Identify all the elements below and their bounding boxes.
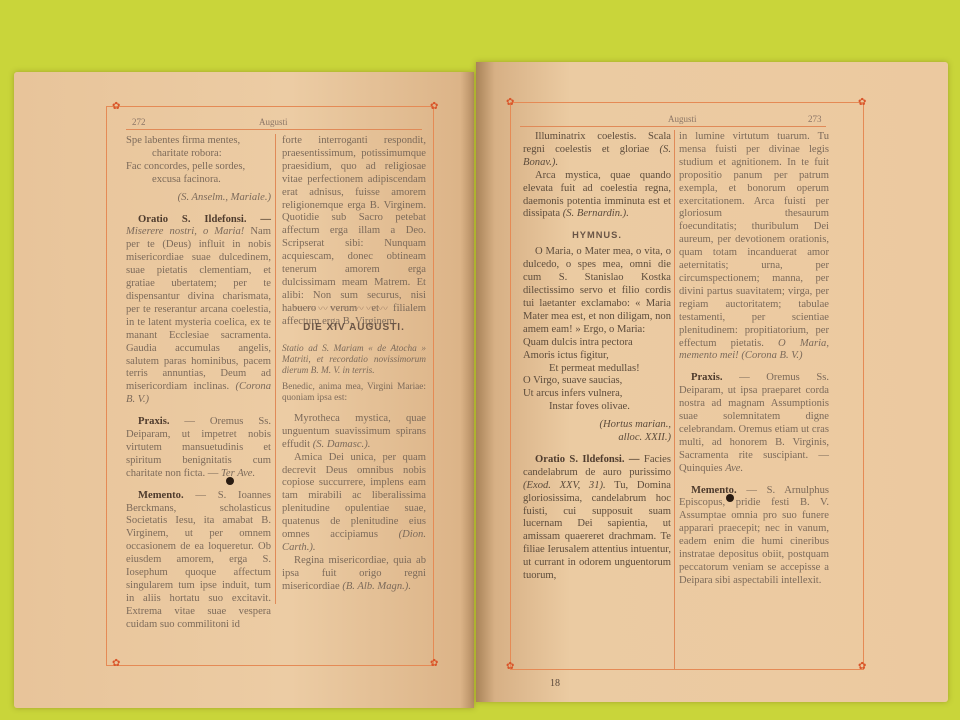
invocation-body: Illuminatrix coelestis. Scala regni coel… <box>523 131 671 155</box>
antiphon: Benedic, anima mea, Virgini Mariae: quon… <box>282 382 426 404</box>
right-page: ✿ ✿ ✿ ✿ Augusti 273 Illuminatrix coelest… <box>476 62 948 702</box>
head-rule <box>126 129 422 130</box>
corner-ornament-icon: ✿ <box>506 662 514 672</box>
praxis-body: — Oremus Ss. Deiparam, ut ipsa praeparet… <box>679 372 829 473</box>
ink-spot <box>226 477 234 485</box>
hymn-verse: charitate robora: <box>126 148 271 161</box>
column-rule <box>674 130 675 670</box>
left-page-column-2-lower: DIE XIV AUGUSTI. Statio ad S. Mariam « d… <box>282 322 426 594</box>
praxis-end: Ave. <box>725 463 743 474</box>
invocation-body: Amica Dei unica, per quam decrevit Deus … <box>282 452 426 540</box>
corner-ornament-icon: ✿ <box>112 659 120 669</box>
column-rule <box>275 134 276 604</box>
right-page-column-2: in lumine virtutum tuarum. Tu mensa fuis… <box>679 131 829 588</box>
hymn-verse: Spe labentes firma mentes, <box>126 135 271 148</box>
right-page-column-1: Illuminatrix coelestis. Scala regni coel… <box>523 131 671 583</box>
corner-ornament-icon: ✿ <box>430 102 438 112</box>
citation: (B. Alb. Magn.). <box>342 581 411 592</box>
citation: (S. Damasc.). <box>313 439 371 450</box>
citation: (S. Anselm., Mariale.) <box>126 192 271 205</box>
page-number: 273 <box>808 114 822 124</box>
citation: (Corona B. V.) <box>741 350 802 361</box>
head-rule <box>520 126 826 127</box>
hymn-verse: Instar foves olivae. <box>523 401 671 414</box>
running-head: Augusti <box>259 117 288 127</box>
hymn-heading: HYMNUS. <box>523 230 671 241</box>
corner-ornament-icon: ✿ <box>858 662 866 672</box>
signature-mark: 18 <box>550 678 560 689</box>
section-title-oratio: Oratio S. Ildefonsi. — <box>535 454 640 465</box>
hymn-verse: Ut arcus infers vulnera, <box>523 388 671 401</box>
praxis-end: Ter Ave. <box>221 468 255 479</box>
hymn-verse: O Virgo, suave saucias, <box>523 375 671 388</box>
memento-body: — S. Arnulphus Episcopus, pridie festi B… <box>679 485 829 586</box>
page-number: 272 <box>132 117 146 127</box>
continued-body: in lumine virtutum tuarum. Tu mensa fuis… <box>679 131 829 349</box>
corner-ornament-icon: ✿ <box>506 98 514 108</box>
running-head: Augusti <box>668 114 697 124</box>
oratio-body: Nam per te (Deus) influit in nobis miser… <box>126 226 271 392</box>
hymn-verse: excusa facinora. <box>126 174 271 187</box>
hymn-verse: Et permeat medullas! <box>523 363 671 376</box>
corner-ornament-icon: ✿ <box>112 102 120 112</box>
hymn-verse: Fac concordes, pelle sordes, <box>126 161 271 174</box>
section-title-memento: Memento. <box>138 490 184 501</box>
memento-body: — S. Ioannes Berckmans, scholasticus Soc… <box>126 490 271 630</box>
oratio-body: Tu, Domina gloriosissima, candelabrum ho… <box>523 480 671 581</box>
citation: (Exod. XXV, 31). <box>523 480 606 491</box>
section-title-praxis: Praxis. <box>138 416 169 427</box>
day-heading: DIE XIV AUGUSTI. <box>282 322 426 335</box>
citation: (Hortus marian., <box>523 419 671 432</box>
citation: alloc. XXII.) <box>523 432 671 445</box>
hymn-intro: O Maria, o Mater mea, o vita, o dulcedo,… <box>523 246 671 336</box>
corner-ornament-icon: ✿ <box>858 98 866 108</box>
hymn-verse: Amoris ictus figitur, <box>523 350 671 363</box>
statio-note: Statio ad S. Mariam « de Atocha » Matrit… <box>282 344 426 377</box>
section-title-praxis: Praxis. <box>691 372 722 383</box>
left-page-column-1: Spe labentes firma mentes, charitate rob… <box>126 135 271 632</box>
citation: (S. Bernardin.). <box>563 208 629 219</box>
oratio-italic: Miserere nostri, o Maria! <box>126 226 244 237</box>
section-divider-ornament: 〰〰〰〰〰〰〰〰 <box>294 300 390 315</box>
left-page: ✿ ✿ ✿ ✿ 272 Augusti Spe labentes firma m… <box>14 72 474 708</box>
hymn-verse: Quam dulcis intra pectora <box>523 337 671 350</box>
section-title-oratio: Oratio S. Ildefonsi. — <box>138 214 271 225</box>
ink-spot <box>726 494 734 502</box>
corner-ornament-icon: ✿ <box>430 659 438 669</box>
